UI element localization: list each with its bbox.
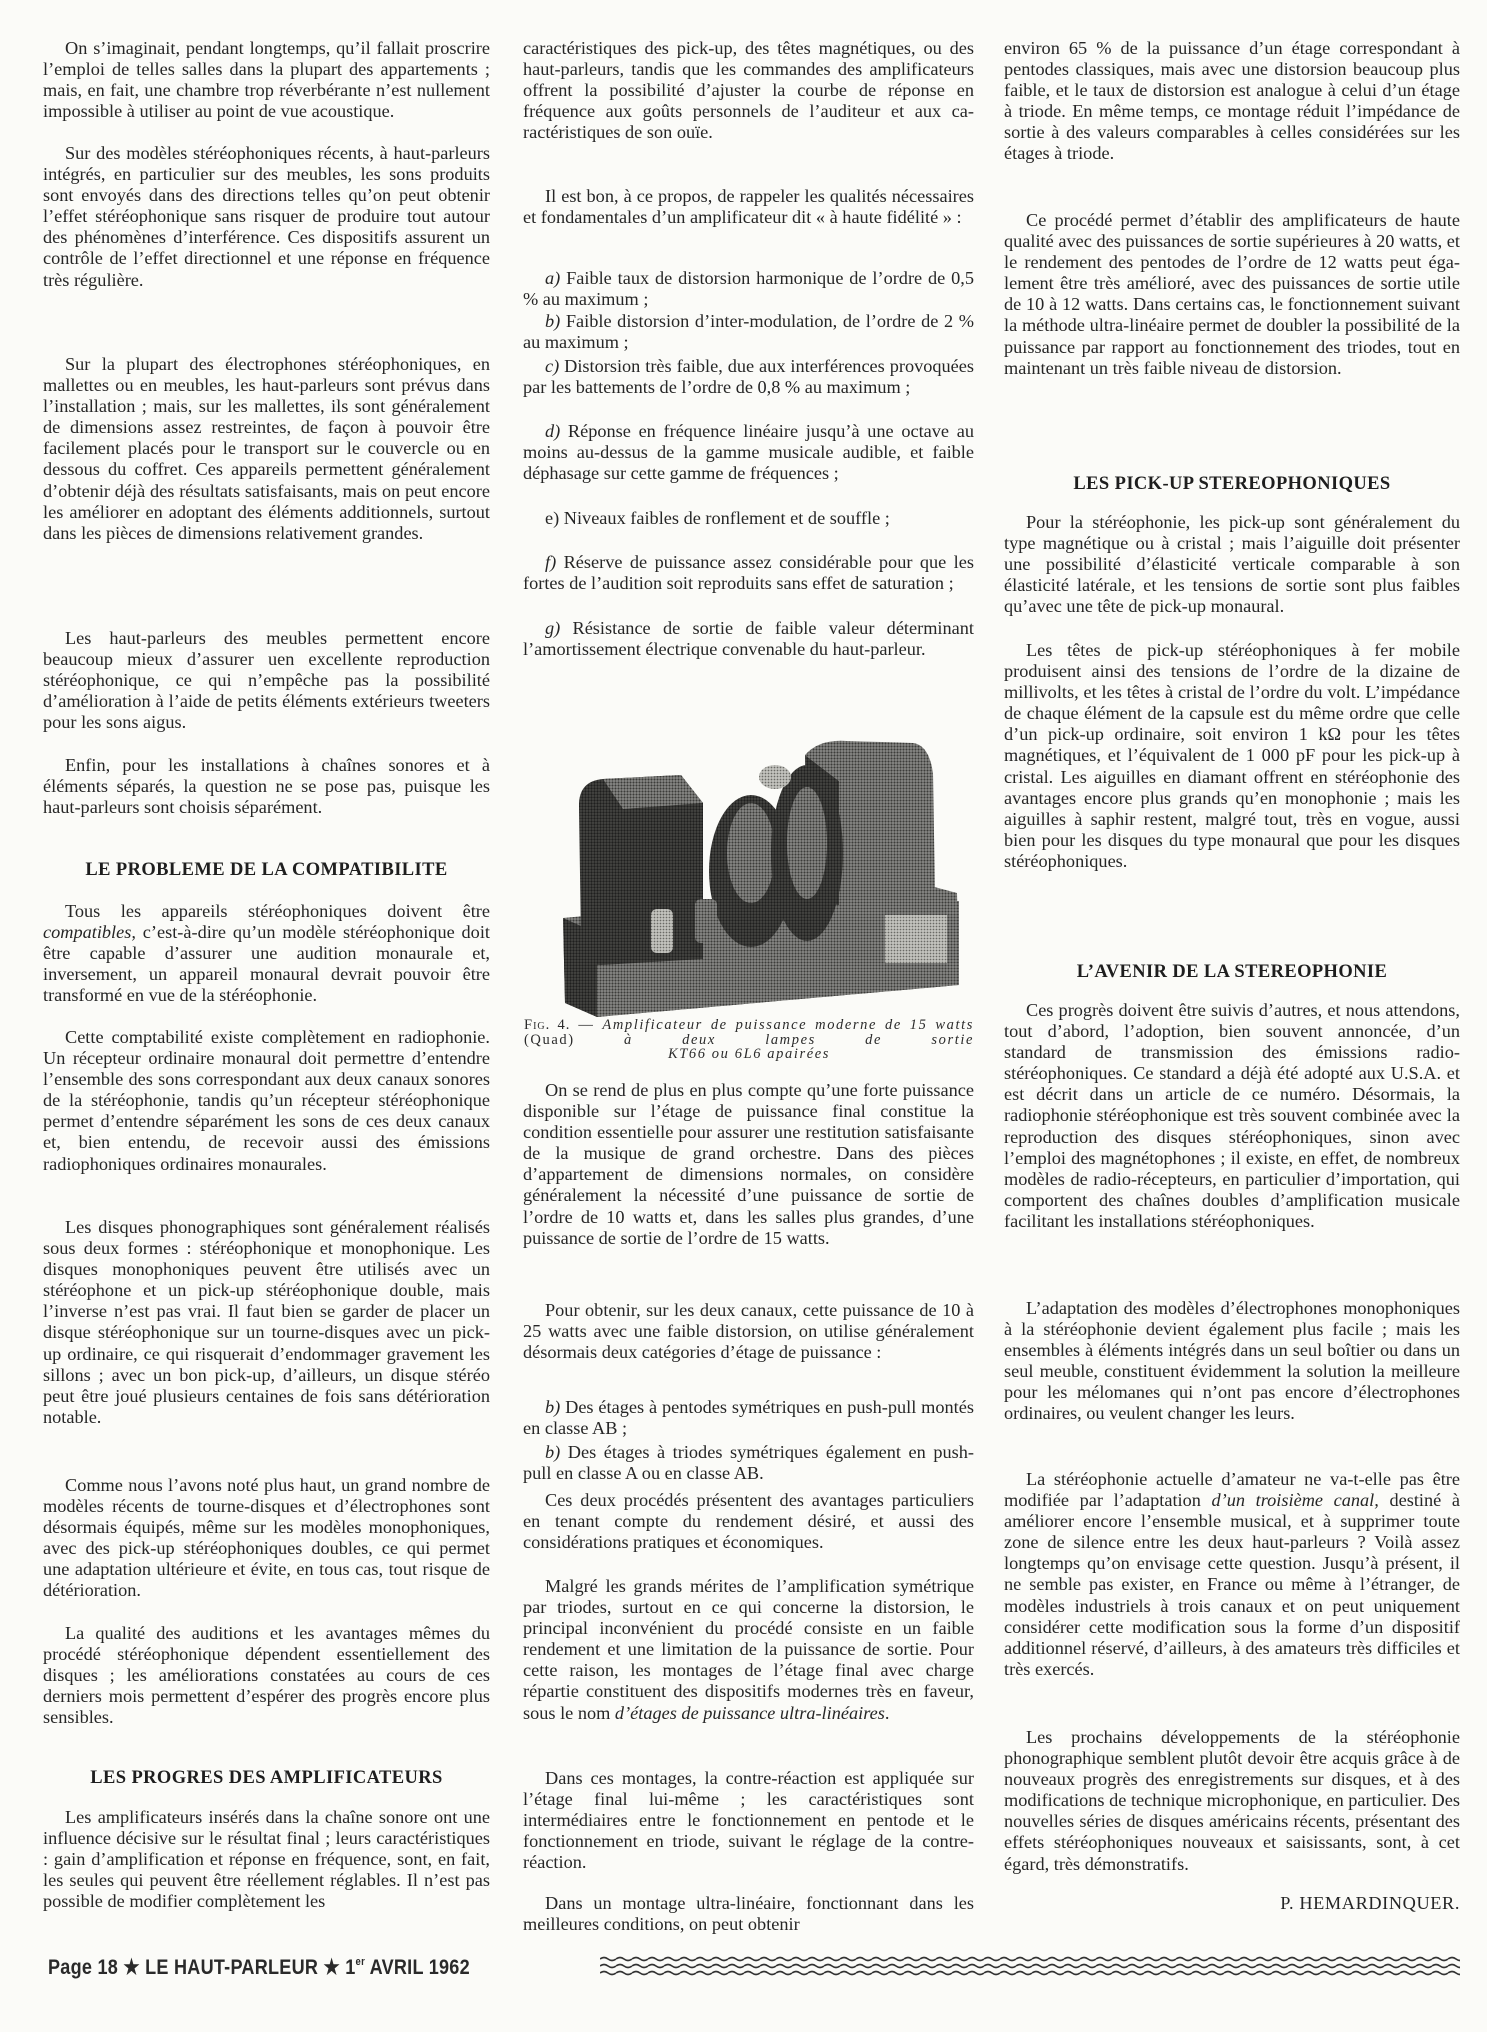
star-icon: ★ xyxy=(123,1956,139,1979)
paragraph: b) Faible distorsion d’inter-modulation,… xyxy=(523,311,974,353)
paragraph: Ces deux procédés présentent des avantag… xyxy=(523,1490,974,1553)
paragraph: Dans un montage ultra-linéaire, fonction… xyxy=(523,1893,974,1935)
figure-caption-last-line: KT66 ou 6L6 apairées xyxy=(524,1047,974,1062)
decorative-wave-rule xyxy=(600,1955,1460,1977)
author-signature: P. HEMARDINQUER. xyxy=(1004,1893,1487,1914)
paragraph: a) Faible taux de distorsion harmonique … xyxy=(523,268,974,310)
paragraph: g) Résistance de sortie de faible valeur… xyxy=(523,618,974,660)
paragraph: Il est bon, à ce propos, de rappeler les… xyxy=(523,186,974,228)
paragraph: Tous les appareils stéréophoniques doive… xyxy=(43,901,490,1006)
paragraph: Sur la plupart des électrophones stéréop… xyxy=(43,354,490,544)
paragraph: Les amplificateurs insérés dans la chaîn… xyxy=(43,1807,490,1912)
paragraph: b) Des étages à pentodes symétriques en … xyxy=(523,1397,974,1439)
paragraph: Comme nous l’avons noté plus haut, un gr… xyxy=(43,1475,490,1602)
paragraph: Les disques phonographiques sont général… xyxy=(43,1217,490,1428)
paragraph: Sur des modèles stéréophoniques récents,… xyxy=(43,143,490,291)
paragraph: d) Réponse en fréquence linéaire jusqu’à… xyxy=(523,421,974,484)
paragraph: f) Réserve de puissance assez considérab… xyxy=(523,552,974,594)
paragraph: Les têtes de pick-up stéréophoniques à f… xyxy=(1004,640,1460,872)
paragraph: caractéristiques des pick-up, des têtes … xyxy=(523,38,974,143)
paragraph: environ 65 % de la puissance d’un étage … xyxy=(1004,38,1460,165)
paragraph: Pour obtenir, sur les deux canaux, cette… xyxy=(523,1300,974,1363)
page-footer: Page 18 ★ LE HAUT-PARLEUR ★ 1er AVRIL 19… xyxy=(48,1955,470,1980)
section-heading: L’AVENIR DE LA STEREOPHONIE xyxy=(1004,962,1460,983)
paragraph: Ces progrès doivent être suivis d’autres… xyxy=(1004,1000,1460,1232)
paragraph: Cette comptabilité existe complètement e… xyxy=(43,1027,490,1175)
paragraph: On se rend de plus en plus compte qu’une… xyxy=(523,1080,974,1249)
paragraph: On s’imaginait, pendant longtemps, qu’il… xyxy=(43,38,490,122)
publication-name: LE HAUT-PARLEUR xyxy=(145,1956,318,1979)
section-heading: LE PROBLEME DE LA COMPATIBILITE xyxy=(43,860,490,881)
page-number: Page 18 xyxy=(48,1956,118,1979)
paragraph: c) Distorsion très faible, due aux inter… xyxy=(523,356,974,398)
paragraph: Enfin, pour les installations à chaînes … xyxy=(43,755,490,818)
amplifier-photo xyxy=(557,733,969,1026)
issue-date: 1er AVRIL 1962 xyxy=(345,1956,470,1979)
figure-caption: Fig. 4. — Amplificateur de puissance mod… xyxy=(524,1018,974,1062)
paragraph: La stéréophonie actuelle d’amateur ne va… xyxy=(1004,1469,1460,1680)
paragraph: Ce procédé permet d’établir des amplific… xyxy=(1004,210,1460,379)
section-heading: LES PROGRES DES AMPLIFICATEURS xyxy=(43,1768,490,1789)
section-heading: LES PICK-UP STEREOPHONIQUES xyxy=(1004,474,1460,495)
star-icon: ★ xyxy=(323,1956,339,1979)
paragraph: Les haut-parleurs des meubles permettent… xyxy=(43,628,490,733)
paragraph: Malgré les grands mérites de l’amplifica… xyxy=(523,1576,974,1724)
paragraph: L’adaptation des modèles d’électrophones… xyxy=(1004,1298,1460,1425)
paragraph: Dans ces montages, la contre-réaction es… xyxy=(523,1768,974,1873)
paragraph: Pour la stéréophonie, les pick-up sont g… xyxy=(1004,512,1460,617)
paragraph: La qualité des auditions et les avantage… xyxy=(43,1623,490,1728)
paragraph: b) Des étages à triodes symétriques égal… xyxy=(523,1442,974,1484)
paragraph: Les prochains développements de la stéré… xyxy=(1004,1727,1460,1875)
paragraph: e) Niveaux faibles de ronflement et de s… xyxy=(523,508,974,529)
